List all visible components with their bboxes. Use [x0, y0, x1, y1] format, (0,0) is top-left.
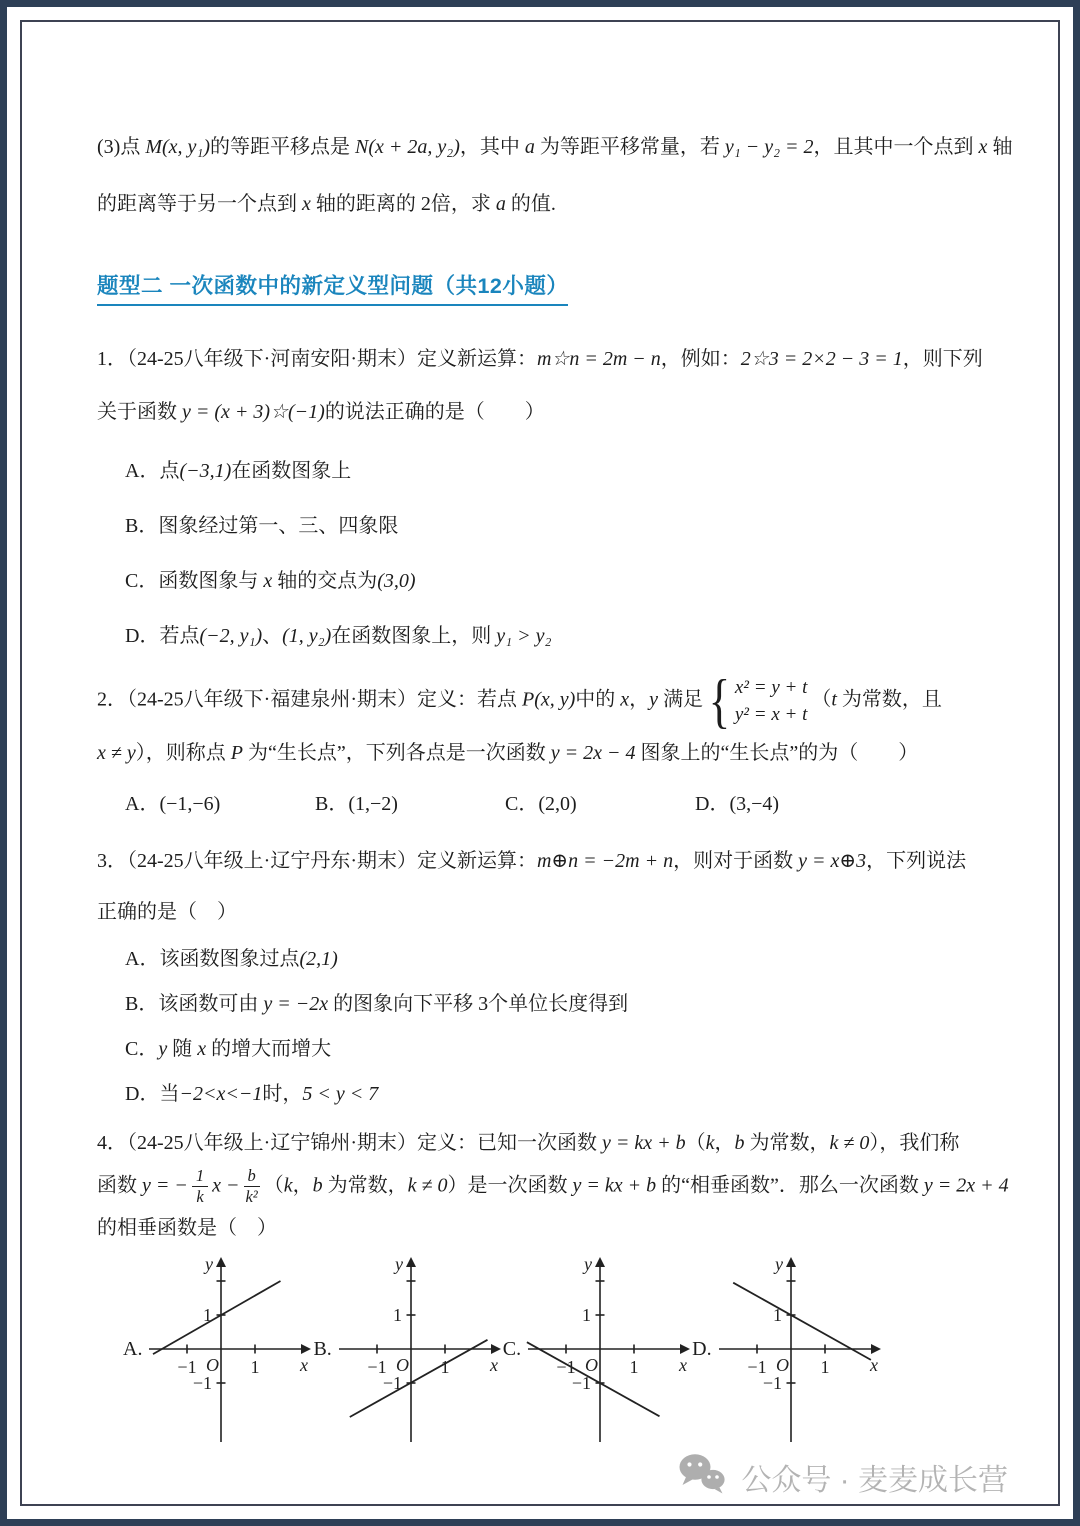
graph-option-a: A.yxO−111−1: [123, 1254, 313, 1446]
function-line: [350, 1340, 488, 1417]
x-arrow: [491, 1344, 501, 1354]
text-run: 随: [167, 1038, 197, 1060]
text-run: 的增大而增大: [206, 1038, 331, 1060]
text-run: ，: [629, 689, 649, 711]
text-run: 在函数图象上，则: [331, 625, 496, 647]
x-axis-label: x: [299, 1355, 308, 1375]
math-run: m⊕n = −2m + n: [537, 850, 673, 872]
text-run: 中的: [575, 689, 620, 711]
text-run: ）是一次函数: [448, 1175, 573, 1197]
origin-label: O: [585, 1355, 598, 1375]
math-run: N(x + 2a, y₂): [355, 136, 460, 158]
text-run: 满足: [658, 689, 703, 711]
math-run: y = kx + b: [573, 1175, 657, 1197]
math-run: y₁ − y₂ = 2: [725, 136, 814, 158]
math-run: a: [496, 193, 506, 215]
math-run: y = −: [142, 1175, 188, 1197]
text-run: B．该函数可由: [125, 993, 263, 1015]
math-run: M(x, y₁): [145, 136, 210, 158]
text-run: 的图象向下平移 3个单位长度得到: [328, 993, 628, 1015]
wechat-icon: [676, 1452, 728, 1502]
y-tick-label-1: 1: [582, 1305, 591, 1325]
text-run: 关于函数: [97, 401, 182, 423]
text-run: A．该函数图象过点: [125, 948, 299, 970]
math-run: (−2, y₁): [199, 625, 262, 647]
text-run: 为“生长点”，下列各点是一次函数: [243, 742, 551, 764]
math-run: k: [284, 1175, 293, 1197]
text-run: D．当: [125, 1083, 179, 1105]
text-run: 1．（24-25八年级下·河南安阳·期末）定义新运算：: [97, 348, 537, 370]
y-tick-label-1: 1: [393, 1305, 402, 1325]
y-arrow: [786, 1257, 796, 1267]
answer-graphs-row: A.yxO−111−1 B.yxO−111−1 C.yxO−111−1 D.yx…: [123, 1254, 1040, 1446]
text-run: 4．（24-25八年级上·辽宁锦州·期末）定义：已知一次函数: [97, 1132, 602, 1154]
worksheet-page: (3)点 M(x, y₁)的等距平移点是 N(x + 2a, y₂)，其中 a …: [20, 20, 1060, 1506]
denominator: k: [192, 1187, 208, 1206]
graph-option-label: B.: [313, 1336, 331, 1363]
x-arrow: [871, 1344, 881, 1354]
problem1-option-c: C．函数图象与 x 轴的交点为(3,0): [125, 568, 1040, 595]
text-run: 的距离等于另一个点到: [97, 193, 302, 215]
text-run: （: [686, 1132, 706, 1154]
math-run: (2,1): [299, 948, 337, 970]
text-run: (3)点: [97, 136, 145, 158]
text-run: 为常数，: [323, 1175, 408, 1197]
problem3-option-a: A．该函数图象过点(2,1): [125, 946, 1040, 973]
text-run: 3．（24-25八年级上·辽宁丹东·期末）定义新运算：: [97, 850, 537, 872]
text-run: ，: [293, 1175, 313, 1197]
text-run: ），我们称: [869, 1132, 959, 1154]
equation-line: x² = y + t: [735, 674, 807, 701]
function-line: [527, 1342, 660, 1416]
problem1-option-d: D．若点(−2, y₁)、(1, y₂)在函数图象上，则 y₁ > y₂: [125, 623, 1040, 650]
worksheet-content: (3)点 M(x, y₁)的等距平移点是 N(x + 2a, y₂)，其中 a …: [97, 134, 1040, 1446]
problem2-options-row: A．(−1,−6) B．(1,−2) C．(2,0) D．(3,−4): [125, 791, 1040, 818]
numerator: 1: [192, 1167, 208, 1187]
page-border: (3)点 M(x, y₁)的等距平移点是 N(x + 2a, y₂)，其中 a …: [0, 0, 1080, 1526]
math-run: y: [649, 689, 658, 711]
text-run: ，: [715, 1132, 735, 1154]
text-run: 、: [262, 625, 282, 647]
y-axis-label: y: [203, 1254, 213, 1274]
text-run: A．点: [125, 460, 179, 482]
graph-option-b: B.yxO−111−1: [313, 1254, 502, 1446]
coordinate-plane: yxO−111−1: [335, 1254, 503, 1446]
text-run: 轴的交点为: [272, 570, 377, 592]
problem3-option-c: C．y 随 x 的增大而增大: [125, 1036, 1040, 1063]
math-run: P(x, y): [522, 689, 575, 711]
watermark: 公众号 · 麦麦成长营: [676, 1452, 1008, 1502]
math-run: y = −2x: [263, 993, 328, 1015]
graph-option-c: C.yxO−111−1: [503, 1254, 692, 1446]
math-run: y₁ > y₂: [496, 625, 551, 647]
text-run: 时，: [262, 1083, 302, 1105]
problem3-option-d: D．当−2<x<−1时，5 < y < 7: [125, 1081, 1040, 1108]
problem4-line3: 的相垂函数是（ ）: [97, 1215, 1040, 1242]
problem2-option-d: D．(3,−4): [695, 791, 885, 818]
problem4-line1: 4．（24-25八年级上·辽宁锦州·期末）定义：已知一次函数 y = kx + …: [97, 1130, 1040, 1157]
math-run: a: [525, 136, 535, 158]
origin-label: O: [776, 1355, 789, 1375]
text-run: C．函数图象与: [125, 570, 263, 592]
problem2-option-a: A．(−1,−6): [125, 791, 315, 818]
left-brace: {: [709, 676, 731, 727]
x-tick-label-1: 1: [820, 1357, 829, 1377]
x-tick-label-1: 1: [630, 1357, 639, 1377]
math-run: x: [263, 570, 272, 592]
math-run: 5 < y < 7: [302, 1083, 378, 1105]
fraction: 1k: [192, 1167, 208, 1207]
math-run: x ≠ y: [97, 742, 136, 764]
text-run: ，且其中一个点到: [814, 136, 979, 158]
y-axis-label: y: [393, 1254, 403, 1274]
x-arrow: [680, 1344, 690, 1354]
text-run: 图象上的“生长点”的为（ ）: [635, 742, 918, 764]
math-run: k: [706, 1132, 715, 1154]
math-run: m☆n = 2m − n: [537, 348, 661, 370]
math-run: x −: [212, 1175, 239, 1197]
text-run: 的值.: [506, 193, 556, 215]
problem2-option-c: C．(2,0): [505, 791, 695, 818]
math-run: P: [231, 742, 243, 764]
text-run: C．: [125, 1038, 158, 1060]
problem3-line2: 正确的是（ ）: [97, 899, 1040, 926]
y-axis-label: y: [582, 1254, 592, 1274]
math-run: y = (x + 3)☆(−1): [182, 401, 325, 423]
y-axis-label: y: [773, 1254, 783, 1274]
text-run: ，下列说法: [866, 850, 966, 872]
text-run: ，则下列: [903, 348, 983, 370]
y-arrow: [216, 1257, 226, 1267]
watermark-text: 公众号 · 麦麦成长营: [741, 1455, 1008, 1499]
math-run: y = 2x − 4: [551, 742, 636, 764]
y-tick-label-neg1: −1: [193, 1373, 212, 1393]
x-tick-label-1: 1: [251, 1357, 260, 1377]
problem2-option-b: B．(1,−2): [315, 791, 505, 818]
math-run: (3,0): [377, 570, 415, 592]
math-run: y: [158, 1038, 167, 1060]
text-run: 轴: [987, 136, 1012, 158]
math-run: −2<x<−1: [179, 1083, 262, 1105]
problem3-option-b: B．该函数可由 y = −2x 的图象向下平移 3个单位长度得到: [125, 991, 1040, 1018]
math-run: x: [197, 1038, 206, 1060]
text-run: ，则对于函数: [673, 850, 798, 872]
graph-option-label: A.: [123, 1336, 142, 1363]
denominator: k²: [244, 1187, 260, 1206]
x-arrow: [301, 1344, 311, 1354]
y-tick-label-neg1: −1: [762, 1373, 781, 1393]
equation-system: {x² = y + ty² = x + t: [705, 674, 807, 728]
numerator: b: [244, 1167, 260, 1187]
text-run: （: [811, 689, 831, 711]
math-run: x: [620, 689, 629, 711]
part3-statement-line1: (3)点 M(x, y₁)的等距平移点是 N(x + 2a, y₂)，其中 a …: [97, 134, 1040, 161]
function-line: [153, 1281, 281, 1354]
x-axis-label: x: [869, 1355, 878, 1375]
math-run: (1, y₂): [282, 625, 331, 647]
x-tick-label-1: 1: [440, 1357, 449, 1377]
text-run: 为常数，且: [837, 689, 942, 711]
math-run: k ≠ 0: [830, 1132, 870, 1154]
equation-line: y² = x + t: [735, 701, 807, 728]
text-run: 的相垂函数是（ ）: [97, 1217, 277, 1239]
text-run: （: [264, 1175, 284, 1197]
math-run: x: [302, 193, 311, 215]
text-run: 在函数图象上: [231, 460, 351, 482]
text-run: 为等距平移常量，若: [535, 136, 725, 158]
math-run: y = x⊕3: [798, 850, 866, 872]
math-run: b: [313, 1175, 323, 1197]
text-run: 的等距平移点是: [210, 136, 355, 158]
equation-lines: x² = y + ty² = x + t: [735, 674, 807, 728]
text-run: B．图象经过第一、三、四象限: [125, 515, 398, 537]
problem2-line2: x ≠ y），则称点 P 为“生长点”，下列各点是一次函数 y = 2x − 4…: [97, 740, 1040, 767]
math-run: k ≠ 0: [408, 1175, 448, 1197]
coordinate-plane: yxO−111−1: [715, 1254, 883, 1446]
origin-label: O: [396, 1355, 409, 1375]
text-run: 的“相垂函数”．那么一次函数: [656, 1175, 924, 1197]
text-run: D．若点: [125, 625, 199, 647]
problem1-option-b: B．图象经过第一、三、四象限: [125, 513, 1040, 540]
text-run: ，其中: [460, 136, 525, 158]
coordinate-plane: yxO−111−1: [145, 1254, 313, 1446]
text-run: 轴的距离的 2倍，求: [311, 193, 496, 215]
part3-statement-line2: 的距离等于另一个点到 x 轴的距离的 2倍，求 a 的值.: [97, 191, 1040, 218]
problem1-line2: 关于函数 y = (x + 3)☆(−1)的说法正确的是（ ）: [97, 399, 1040, 426]
text-run: 函数: [97, 1175, 142, 1197]
text-run: 2．（24-25八年级下·福建泉州·期末）定义：若点: [97, 689, 522, 711]
graph-option-label: C.: [503, 1336, 521, 1363]
section-heading: 题型二 一次函数中的新定义型问题（共12小题）: [97, 272, 568, 306]
text-run: 的说法正确的是（ ）: [325, 401, 545, 423]
math-run: (−3,1): [179, 460, 231, 482]
x-axis-label: x: [678, 1355, 687, 1375]
text-run: ，例如：: [661, 348, 741, 370]
fraction: bk²: [244, 1167, 260, 1207]
problem2-line1: 2．（24-25八年级下·福建泉州·期末）定义：若点 P(x, y)中的 x，y…: [97, 674, 1040, 728]
math-run: y = kx + b: [602, 1132, 686, 1154]
problem1-line1: 1．（24-25八年级下·河南安阳·期末）定义新运算：m☆n = 2m − n，…: [97, 346, 1040, 373]
origin-label: O: [206, 1355, 219, 1375]
text-run: 正确的是（ ）: [97, 901, 237, 923]
problem1-option-a: A．点(−3,1)在函数图象上: [125, 458, 1040, 485]
math-run: 2☆3 = 2×2 − 3 = 1: [741, 348, 903, 370]
math-run: y = 2x + 4: [924, 1175, 1009, 1197]
y-arrow: [595, 1257, 605, 1267]
text-run: ），则称点: [136, 742, 231, 764]
math-run: b: [735, 1132, 745, 1154]
coordinate-plane: yxO−111−1: [524, 1254, 692, 1446]
problem4-line2: 函数 y = −1kx −bk²（k，b 为常数，k ≠ 0）是一次函数 y =…: [97, 1167, 1040, 1207]
graph-option-label: D.: [692, 1336, 711, 1363]
y-arrow: [406, 1257, 416, 1267]
graph-option-d: D.yxO−111−1: [692, 1254, 882, 1446]
x-axis-label: x: [489, 1355, 498, 1375]
problem3-line1: 3．（24-25八年级上·辽宁丹东·期末）定义新运算：m⊕n = −2m + n…: [97, 848, 1040, 875]
text-run: 为常数，: [745, 1132, 830, 1154]
